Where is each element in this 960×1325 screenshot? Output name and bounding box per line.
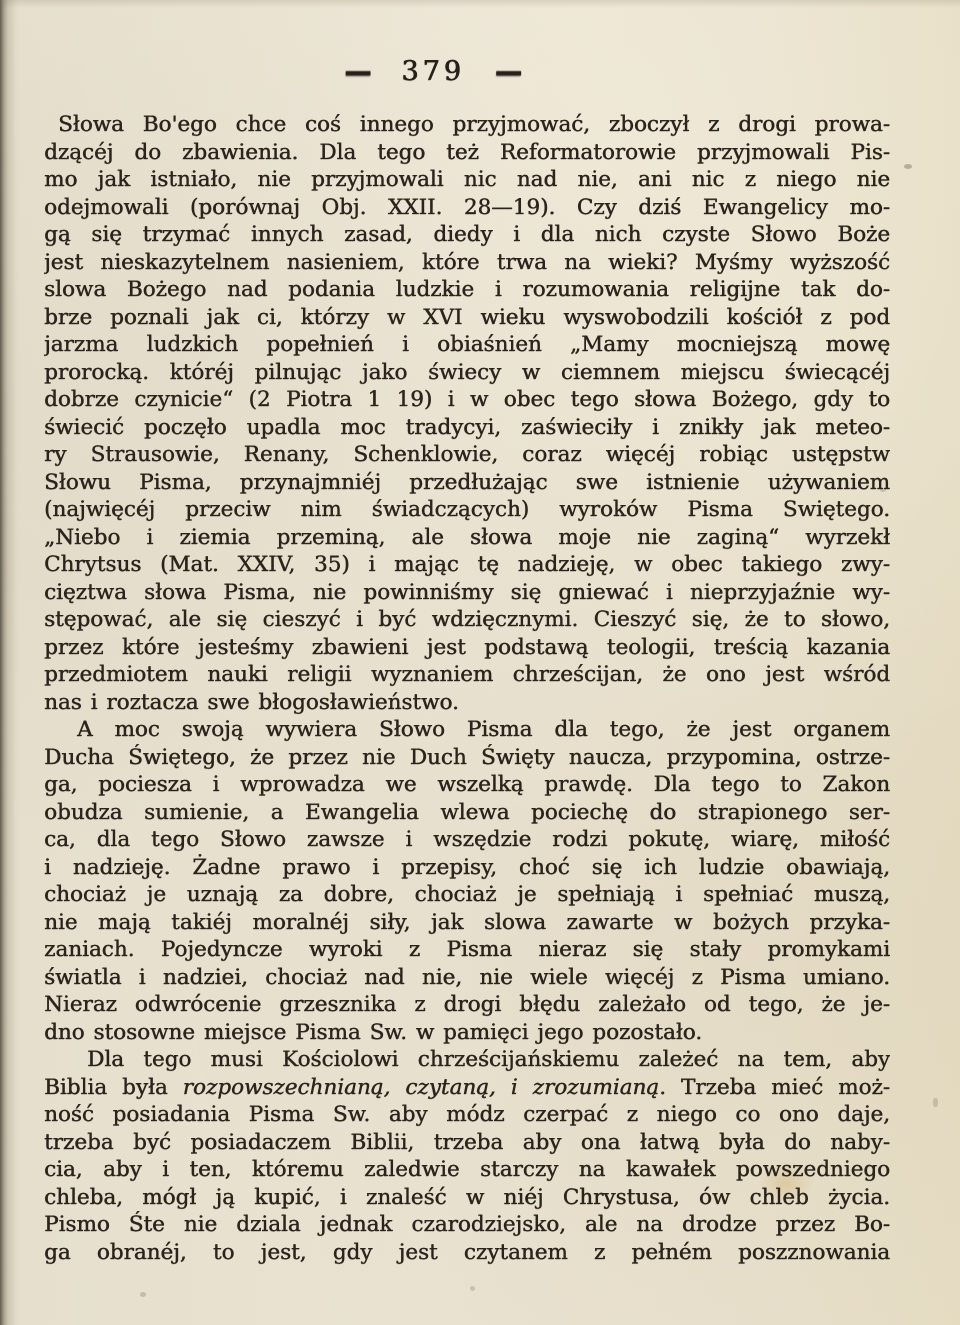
text-line: brze poznali jak ci, którzy w XVI wieku … bbox=[44, 304, 890, 332]
text-line: Chrytsus (Mat. XXIV, 35) i mając tę nadz… bbox=[44, 551, 890, 579]
text-line: gą się trzymać innych zasad, diedy i dla… bbox=[44, 221, 890, 249]
text-line: zaniach. Pojedyncze wyroki z Pisma niera… bbox=[44, 936, 890, 964]
text-line: mo jak istniało, nie przyjmowali nic nad… bbox=[44, 166, 890, 194]
text-segment: . Trzeba mieć moż- bbox=[659, 1075, 890, 1100]
text-line: obudza sumienie, a Ewangelia wlewa pocie… bbox=[44, 799, 890, 827]
text-line: chleba, mógł ją kupić, i znaleść w niéj … bbox=[44, 1184, 890, 1212]
paragraph: A moc swoją wywiera Słowo Pisma dla tego… bbox=[44, 716, 890, 1046]
text-line: stępować, ale się cieszyć i być wdzięczn… bbox=[44, 606, 890, 634]
text-line: odejmowali (porównaj Obj. XXII. 28—19). … bbox=[44, 194, 890, 222]
text-line: światla i nadziei, chociaż nad nie, nie … bbox=[44, 964, 890, 992]
text-line: i nadzieję. Żadne prawo i przepisy, choć… bbox=[44, 854, 890, 882]
text-line: Słowa Bo'ego chce coś innego przyjmować,… bbox=[44, 111, 890, 139]
text-line: nas i roztacza swe błogosławieństwo. bbox=[44, 689, 890, 717]
page-number: 379 bbox=[401, 56, 465, 87]
text-line: slowa Bożego nad podania ludzkie i rozum… bbox=[44, 276, 890, 304]
scanned-page: — 379 — Słowa Bo'ego chce coś innego prz… bbox=[0, 0, 960, 1325]
paper-speck bbox=[470, 1286, 475, 1291]
page-header: — 379 — bbox=[10, 56, 856, 87]
page-text: Słowa Bo'ego chce coś innego przyjmować,… bbox=[44, 111, 890, 1266]
text-line: ność posiadania Pisma Sw. aby módz czerp… bbox=[44, 1101, 890, 1129]
scan-edge-top bbox=[0, 0, 960, 8]
text-line: nie mają takiéj moralnéj siły, jak slowa… bbox=[44, 909, 890, 937]
text-line: dobrze czynicie“ (2 Piotra 1 19) i w obe… bbox=[44, 386, 890, 414]
text-line: trzeba być posiadaczem Biblii, trzeba ab… bbox=[44, 1129, 890, 1157]
text-line: Słowu Pisma, przynajmniéj przedłużając s… bbox=[44, 469, 890, 497]
text-line: cięztwa słowa Pisma, nie powinniśmy się … bbox=[44, 579, 890, 607]
text-line: ga obranéj, to jest, gdy jest czytanem z… bbox=[44, 1239, 890, 1267]
text-line: „Niebo i ziemia przeminą, ale słowa moje… bbox=[44, 524, 890, 552]
text-line: Biblia była rozpowszechnianą, czytaną, i… bbox=[44, 1074, 890, 1102]
paper-speck bbox=[904, 164, 912, 169]
text-line: Nieraz odwrócenie grzesznika z drogi błę… bbox=[44, 991, 890, 1019]
text-line: Pismo Śte nie dziala jednak czarodziejsk… bbox=[44, 1211, 890, 1239]
text-line: jest nieskazytelnem nasieniem, które trw… bbox=[44, 249, 890, 277]
text-line: cia, aby i ten, któremu zaledwie starczy… bbox=[44, 1156, 890, 1184]
text-line: świecić poczęło upadla moc tradycyi, zaś… bbox=[44, 414, 890, 442]
text-segment: Biblia była bbox=[44, 1075, 183, 1100]
text-line: prorocką. któréj pilnując jako świecy w … bbox=[44, 359, 890, 387]
text-line: jarzma ludzkich popełnień i obiaśnień „M… bbox=[44, 331, 890, 359]
paper-speck bbox=[140, 1292, 146, 1297]
text-line: (najwięcéj przeciw nim świadczących) wyr… bbox=[44, 496, 890, 524]
text-line: dno stosowne miejsce Pisma Sw. w pamięci… bbox=[44, 1019, 890, 1047]
text-line: ga, pociesza i wprowadza we wszelką praw… bbox=[44, 771, 890, 799]
paragraph: Słowa Bo'ego chce coś innego przyjmować,… bbox=[44, 111, 890, 716]
header-dash-left: — bbox=[344, 50, 371, 93]
text-line: ry Strausowie, Renany, Schenklowie, cora… bbox=[44, 441, 890, 469]
text-line: dzącéj do zbawienia. Dla tego też Reform… bbox=[44, 139, 890, 167]
text-line: Dla tego musi Kościolowi chrześcijańskie… bbox=[44, 1046, 890, 1074]
scan-edge-shadow bbox=[0, 0, 16, 1325]
text-line: A moc swoją wywiera Słowo Pisma dla tego… bbox=[44, 716, 890, 744]
text-line: chociaż je uznają za dobre, chociaż je s… bbox=[44, 881, 890, 909]
text-line: przedmiotem nauki religii wyznaniem chrz… bbox=[44, 661, 890, 689]
text-line: przez które jesteśmy zbawieni jest podst… bbox=[44, 634, 890, 662]
header-dash-right: — bbox=[495, 50, 522, 93]
paragraph: Dla tego musi Kościolowi chrześcijańskie… bbox=[44, 1046, 890, 1266]
italic-text: rozpowszechnianą, czytaną, i zrozumianą bbox=[183, 1075, 659, 1100]
text-line: ca, dla tego Słowo zawsze i wszędzie rod… bbox=[44, 826, 890, 854]
paper-speck bbox=[933, 1098, 938, 1107]
text-line: Ducha Świętego, że przez nie Duch Święty… bbox=[44, 744, 890, 772]
